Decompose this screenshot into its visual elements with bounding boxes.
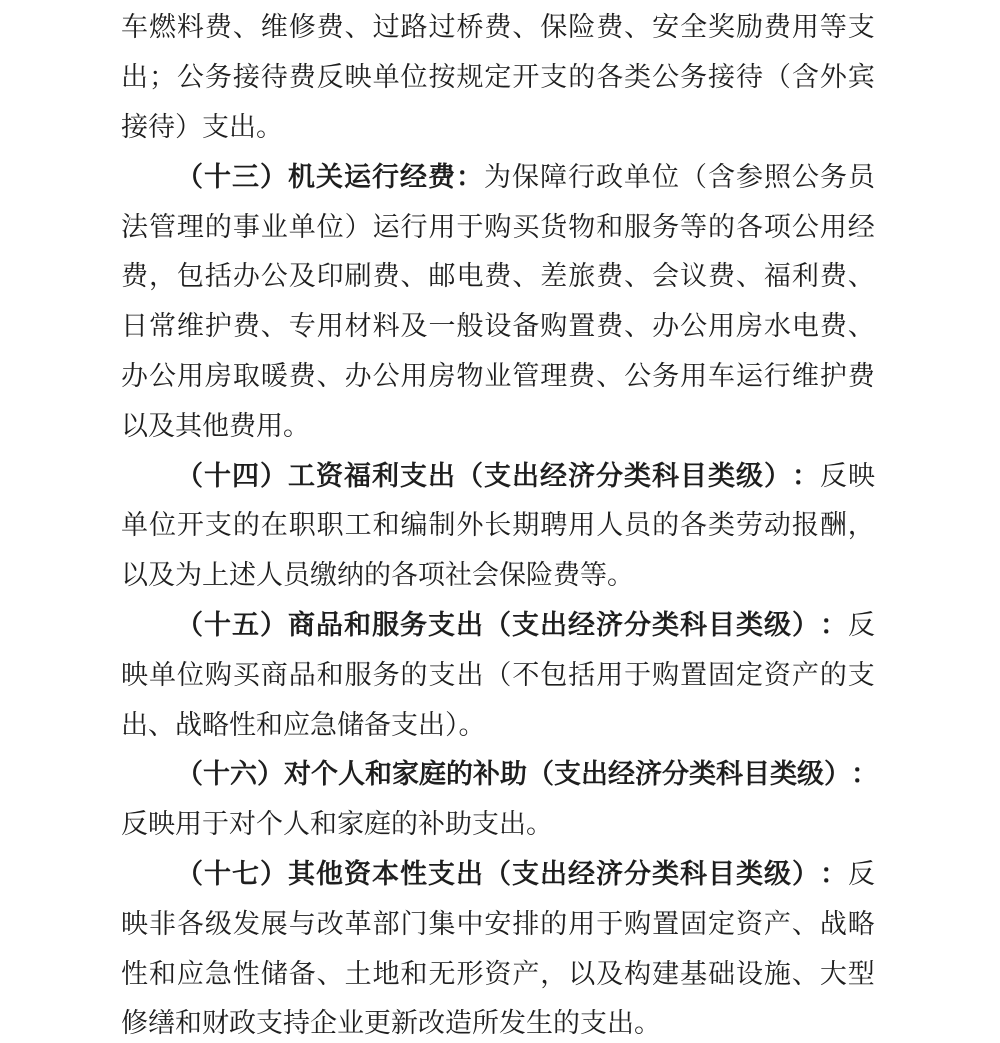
body-character: 维	[177, 304, 204, 343]
body-character: 等	[680, 205, 707, 244]
body-character: 利	[792, 254, 819, 293]
heading-character: （	[176, 454, 203, 493]
body-character: 费	[317, 5, 344, 44]
text-line: 日常维护费、专用材料及一般设备购置费、办公用房水电费、	[121, 299, 875, 349]
body-character: 设	[736, 952, 763, 991]
body-character: 和	[317, 653, 344, 692]
body-character: 公	[373, 354, 400, 393]
body-character: 务	[652, 354, 679, 393]
body-character: 项	[764, 205, 791, 244]
heading-character: 支	[400, 454, 427, 493]
body-character: 路	[401, 5, 428, 44]
body-character: 支	[848, 5, 875, 44]
body-character: 各	[177, 902, 204, 941]
body-character: 险	[568, 5, 595, 44]
body-character: 服	[345, 653, 372, 692]
heading-character: 对	[284, 752, 311, 791]
body-character: 革	[345, 902, 372, 941]
body-character: 出	[121, 55, 148, 94]
body-character: 、	[401, 254, 428, 293]
heading-character: 支	[428, 852, 455, 891]
heading-character: 济	[568, 454, 595, 493]
text-line: 费，包括办公及印刷费、邮电费、差旅费、会议费、福利费、	[121, 249, 875, 299]
body-character: 资	[736, 902, 763, 941]
body-character: 务	[373, 653, 400, 692]
body-character: 的	[652, 503, 679, 542]
body-character: 和	[401, 952, 428, 991]
body-character: 用	[177, 354, 204, 393]
body-character: 按	[428, 55, 455, 94]
body-character: 、	[624, 5, 651, 44]
body-character: 外	[456, 503, 483, 542]
body-character: 、	[512, 5, 539, 44]
body-character: 土	[345, 952, 372, 991]
body-character: 展	[261, 902, 288, 941]
body-character: 印	[317, 254, 344, 293]
heading-character: （	[456, 454, 483, 493]
body-character: 和	[373, 503, 400, 542]
body-character: 、	[596, 354, 623, 393]
text-line: 出、战略性和应急储备支出）。	[121, 697, 875, 747]
heading-character: 出	[456, 852, 483, 891]
body-character: 物	[568, 205, 595, 244]
body-character: 车	[121, 5, 148, 44]
body-character: 接	[708, 55, 735, 94]
body-character: 励	[736, 5, 763, 44]
body-character: 员	[624, 503, 651, 542]
body-character: 费	[596, 254, 623, 293]
body-character: 会	[652, 254, 679, 293]
text-line: 映非各级发展与改革部门集中安排的用于购置固定资产、战略	[121, 896, 875, 946]
heading-character: 类	[708, 454, 735, 493]
body-character: 刷	[345, 254, 372, 293]
heading-character: 和	[365, 752, 392, 791]
body-character: 、	[848, 254, 875, 293]
body-character: 费	[596, 5, 623, 44]
heading-character: 目	[708, 603, 735, 642]
heading-character: （	[484, 852, 511, 891]
heading-character: 机	[288, 155, 315, 194]
heading-character: 资	[316, 454, 343, 493]
heading-character: 类	[689, 752, 716, 791]
body-character: 开	[512, 55, 539, 94]
body-character: 材	[345, 304, 372, 343]
heading-character: 人	[338, 752, 365, 791]
body-character: 公	[624, 354, 651, 393]
body-character: 待	[261, 55, 288, 94]
body-character: 商	[261, 653, 288, 692]
heading-character: 分	[596, 454, 623, 493]
body-character: 公	[792, 155, 819, 194]
body-character: 务	[205, 55, 232, 94]
body-character: 映	[121, 902, 148, 941]
body-character: 房	[736, 304, 763, 343]
body-character: 反	[820, 454, 847, 493]
body-character: 旅	[568, 254, 595, 293]
body-character: 不	[512, 653, 539, 692]
body-character: 工	[345, 503, 372, 542]
body-character: 、	[317, 952, 344, 991]
body-character: 务	[820, 155, 847, 194]
heading-character: 济	[596, 852, 623, 891]
body-character: 括	[205, 254, 232, 293]
body-character: 的	[540, 902, 567, 941]
body-character: 单	[624, 155, 651, 194]
body-character: 水	[764, 304, 791, 343]
body-character: 费	[484, 5, 511, 44]
body-character: 备	[512, 304, 539, 343]
body-character: 差	[540, 254, 567, 293]
body-character: 货	[540, 205, 567, 244]
body-character: 公	[652, 55, 679, 94]
body-character: 括	[568, 653, 595, 692]
heading-character: 利	[372, 454, 399, 493]
body-character: 费	[373, 254, 400, 293]
body-character: 的	[708, 205, 735, 244]
body-character: 、	[792, 952, 819, 991]
heading-character: 行	[372, 155, 399, 194]
body-character: （	[764, 55, 791, 94]
heading-character: 七	[232, 852, 259, 891]
heading-character: 和	[344, 603, 371, 642]
body-character: 照	[764, 155, 791, 194]
body-character: 理	[177, 205, 204, 244]
body-character: 事	[233, 205, 260, 244]
body-character: 应	[177, 952, 204, 991]
text-line: 办公用房取暖费、办公用房物业管理费、公务用车运行维护费	[121, 349, 875, 399]
heading-character: 的	[446, 752, 473, 791]
body-character: 护	[820, 354, 847, 393]
body-character: 制	[428, 503, 455, 542]
body-character: 费	[596, 304, 623, 343]
heading-character: 十	[204, 852, 231, 891]
heading-character: 资	[344, 852, 371, 891]
body-text: 以及为上述人员缴纳的各项社会保险费等。	[121, 553, 634, 592]
body-character: 议	[680, 254, 707, 293]
body-character: 职	[289, 503, 316, 542]
body-character: 类	[708, 503, 735, 542]
heading-character: 支	[554, 752, 581, 791]
body-character: 购	[205, 653, 232, 692]
body-character: 性	[121, 952, 148, 991]
body-character: 人	[596, 503, 623, 542]
body-character: 电	[456, 254, 483, 293]
body-character: 福	[764, 254, 791, 293]
body-character: 费	[121, 254, 148, 293]
heading-character: 济	[596, 603, 623, 642]
body-character: 用	[401, 354, 428, 393]
body-character: 支	[205, 503, 232, 542]
heading-character: 福	[344, 454, 371, 493]
body-character: 单	[149, 653, 176, 692]
body-character: 各	[680, 503, 707, 542]
body-character: 费	[764, 5, 791, 44]
heading-character: 支	[484, 454, 511, 493]
body-character: 法	[121, 205, 148, 244]
text-line: 反映用于对个人和家庭的补助支出。	[121, 797, 875, 847]
body-character: 宾	[848, 55, 875, 94]
heading-character: 十	[204, 454, 231, 493]
body-character: 储	[261, 952, 288, 991]
body-character: 经	[848, 205, 875, 244]
body-character: 过	[428, 5, 455, 44]
body-character: 运	[736, 354, 763, 393]
body-character: 料	[177, 5, 204, 44]
body-character: 在	[261, 503, 288, 542]
body-character: 非	[149, 902, 176, 941]
body-character: 性	[233, 952, 260, 991]
body-character: 费	[848, 354, 875, 393]
body-character: 费	[820, 304, 847, 343]
body-character: 办	[652, 304, 679, 343]
body-character: 用	[428, 205, 455, 244]
heading-character: 家	[392, 752, 419, 791]
heading-character: 支	[512, 852, 539, 891]
body-character: 于	[456, 205, 483, 244]
body-character: 物	[456, 354, 483, 393]
body-character: 行	[764, 354, 791, 393]
heading-character: 经	[400, 155, 427, 194]
body-character: 、	[792, 902, 819, 941]
heading-character: ）	[260, 454, 287, 493]
body-character: 用	[568, 503, 595, 542]
body-character: 规	[456, 55, 483, 94]
body-character: 服	[624, 205, 651, 244]
body-character: 战	[820, 902, 847, 941]
body-character: 障	[540, 155, 567, 194]
body-character: 置	[568, 304, 595, 343]
body-character: 用	[680, 354, 707, 393]
heading-character: 十	[204, 603, 231, 642]
heading-character: 科	[680, 852, 707, 891]
heading-character: 分	[662, 752, 689, 791]
heading-character: 科	[652, 454, 679, 493]
heading-character: （	[176, 852, 203, 891]
body-character: 、	[624, 254, 651, 293]
body-character: 日	[121, 304, 148, 343]
text-line: 以及其他费用。	[121, 398, 875, 448]
heading-character: （	[484, 603, 511, 642]
heading-character: 庭	[419, 752, 446, 791]
body-character: 中	[456, 902, 483, 941]
text-line: 修缮和财政支持企业更新改造所发生的支出。	[121, 996, 875, 1043]
body-character: 邮	[428, 254, 455, 293]
body-character: （	[680, 155, 707, 194]
body-character: 、	[261, 304, 288, 343]
heading-character: 类	[652, 852, 679, 891]
body-character: 资	[484, 952, 511, 991]
heading-character: ）	[260, 852, 287, 891]
heading-character: 关	[316, 155, 343, 194]
body-character: 支	[848, 653, 875, 692]
body-character: 购	[624, 902, 651, 941]
body-character: 支	[540, 55, 567, 94]
body-character: 费	[289, 55, 316, 94]
body-character: 的	[820, 653, 847, 692]
body-character: 费	[820, 254, 847, 293]
body-character: ，	[540, 952, 567, 991]
body-character: 、	[848, 304, 875, 343]
body-character: 运	[373, 205, 400, 244]
body-character: 产	[512, 952, 539, 991]
heading-character: 经	[568, 852, 595, 891]
body-character: 大	[820, 952, 847, 991]
heading-character: 商	[288, 603, 315, 642]
text-line: 映单位购买商品和服务的支出（不包括用于购置固定资产的支	[121, 647, 875, 697]
body-character: 单	[373, 55, 400, 94]
heading-character: 分	[624, 603, 651, 642]
heading-character: 本	[372, 852, 399, 891]
body-character: 用	[317, 304, 344, 343]
heading-character: 级	[764, 852, 791, 891]
body-character: 位	[317, 205, 344, 244]
body-character: 的	[401, 653, 428, 692]
heading-character: 类	[736, 603, 763, 642]
heading-character: 类	[736, 852, 763, 891]
body-character: 改	[317, 902, 344, 941]
heading-character: ：	[792, 454, 819, 493]
heading-character: 十	[203, 752, 230, 791]
heading-character: 出	[456, 603, 483, 642]
body-character: 购	[540, 304, 567, 343]
body-character: 全	[680, 5, 707, 44]
body-character: 用	[708, 304, 735, 343]
body-character: 用	[568, 902, 595, 941]
heading-character: 级	[736, 454, 763, 493]
heading-character: 经	[540, 454, 567, 493]
heading-character: ）	[764, 454, 791, 493]
body-character: 位	[177, 653, 204, 692]
body-character: 安	[484, 902, 511, 941]
body-character: 行	[401, 205, 428, 244]
heading-character: 四	[232, 454, 259, 493]
body-character: 出	[456, 653, 483, 692]
heading-character: 目	[708, 852, 735, 891]
heading-character: ）	[824, 752, 851, 791]
text-line: （十四）工资福利支出（支出经济分类科目类级）：反映	[121, 448, 875, 498]
body-character: 类	[624, 55, 651, 94]
body-character: 保	[512, 155, 539, 194]
body-character: 门	[401, 902, 428, 941]
body-character: 外	[820, 55, 847, 94]
heading-character: 济	[635, 752, 662, 791]
body-character: 管	[149, 205, 176, 244]
text-line: 出；公务接待费反映单位按规定开支的各类公务接待（含外宾	[121, 50, 875, 100]
body-character: 映	[848, 454, 875, 493]
heading-character: ）	[792, 852, 819, 891]
body-character: 一	[428, 304, 455, 343]
body-character: 基	[680, 952, 707, 991]
body-character: 费	[205, 5, 232, 44]
body-character: 建	[652, 952, 679, 991]
body-character: 业	[261, 205, 288, 244]
body-character: 集	[428, 902, 455, 941]
body-character: 安	[652, 5, 679, 44]
body-character: 护	[205, 304, 232, 343]
heading-character: 目	[680, 454, 707, 493]
body-character: 位	[149, 503, 176, 542]
heading-character: 品	[316, 603, 343, 642]
body-character: 公	[177, 55, 204, 94]
body-character: 发	[233, 902, 260, 941]
body-character: 反	[848, 852, 875, 891]
heading-character: 其	[288, 852, 315, 891]
body-character: 构	[624, 952, 651, 991]
body-character: 费	[233, 304, 260, 343]
body-character: 参	[736, 155, 763, 194]
body-character: 公	[261, 254, 288, 293]
body-character: 各	[736, 205, 763, 244]
heading-character: 出	[512, 454, 539, 493]
body-character: 包	[177, 254, 204, 293]
text-line: 车燃料费、维修费、过路过桥费、保险费、安全奖励费用等支	[121, 0, 875, 50]
body-character: 及	[289, 254, 316, 293]
body-character: 各	[596, 55, 623, 94]
body-character: 接	[233, 55, 260, 94]
heading-character: 补	[473, 752, 500, 791]
body-character: 买	[512, 205, 539, 244]
heading-character: 支	[512, 603, 539, 642]
body-character: 、	[624, 304, 651, 343]
heading-character: 出	[581, 752, 608, 791]
body-character: 维	[261, 5, 288, 44]
body-character: 含	[708, 155, 735, 194]
body-character: 编	[401, 503, 428, 542]
body-character: 位	[652, 155, 679, 194]
body-character: 及	[596, 952, 623, 991]
body-character: 、	[512, 254, 539, 293]
heading-character: 出	[428, 454, 455, 493]
body-character: 专	[289, 304, 316, 343]
heading-character: 三	[232, 155, 259, 194]
body-character: 与	[289, 902, 316, 941]
body-character: 定	[484, 55, 511, 94]
body-character: 用	[820, 205, 847, 244]
heading-character: 类	[652, 603, 679, 642]
body-character: 固	[708, 653, 735, 692]
body-character: 般	[456, 304, 483, 343]
body-character: 包	[540, 653, 567, 692]
body-character: 形	[456, 952, 483, 991]
body-character: 业	[484, 354, 511, 393]
heading-character: （	[176, 752, 203, 791]
body-character: 办	[233, 254, 260, 293]
heading-character: 经	[608, 752, 635, 791]
body-text: 以及其他费用。	[121, 404, 310, 443]
body-character: 于	[596, 902, 623, 941]
text-line: 性和应急性储备、土地和无形资产，以及构建基础设施、大型	[121, 946, 875, 996]
body-character: 务	[652, 205, 679, 244]
body-character: 的	[233, 503, 260, 542]
heading-character: 分	[624, 852, 651, 891]
body-character: 购	[484, 205, 511, 244]
body-character: 、	[345, 5, 372, 44]
body-character: 费	[484, 254, 511, 293]
body-character: 动	[764, 503, 791, 542]
heading-character: 级	[797, 752, 824, 791]
body-character: 、	[233, 5, 260, 44]
document-page: 车燃料费、维修费、过路过桥费、保险费、安全奖励费用等支出；公务接待费反映单位按规…	[121, 0, 875, 1043]
heading-character: 十	[204, 155, 231, 194]
body-character: 定	[708, 902, 735, 941]
body-character: 急	[205, 952, 232, 991]
heading-character: 五	[232, 603, 259, 642]
heading-character: 类	[770, 752, 797, 791]
body-character: 房	[428, 354, 455, 393]
text-line: （十三）机关运行经费：为保障行政单位（含参照公务员	[121, 149, 875, 199]
body-character: 产	[764, 902, 791, 941]
heading-character: 助	[500, 752, 527, 791]
